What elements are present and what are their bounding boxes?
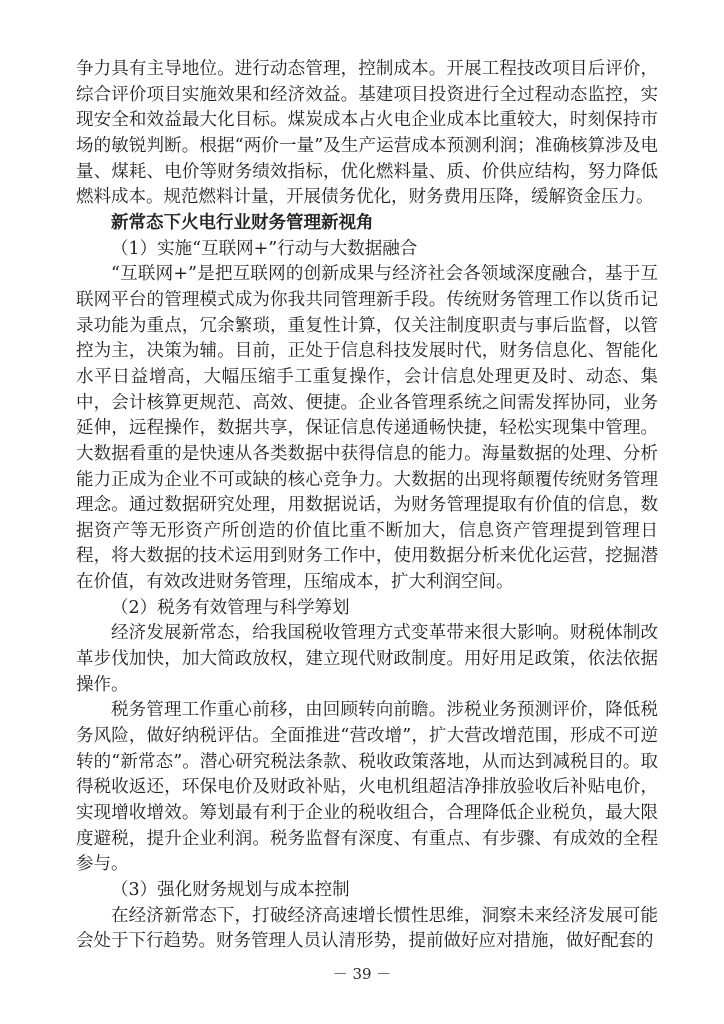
paragraph-cost-management: 争力具有主导地位。进行动态管理，控制成本。开展工程技改项目后评价，综合评价项目实… bbox=[76, 57, 658, 211]
paragraph-tax-reform: 经济发展新常态，给我国税收管理方式变革带来很大影响。财税体制改革步伐加快，加大简… bbox=[76, 621, 658, 698]
subsection-heading-tax: （2）税务有效管理与科学筹划 bbox=[76, 596, 658, 622]
paragraph-economic-trend: 在经济新常态下，打破经济高速增长惯性思维，洞察未来经济发展可能会处于下行趋势。财… bbox=[76, 904, 658, 955]
subsection-heading-planning: （3）强化财务规划与成本控制 bbox=[76, 878, 658, 904]
subsection-heading-internet: （1）实施“互联网+”行动与大数据融合 bbox=[76, 237, 658, 263]
section-heading: 新常态下火电行业财务管理新视角 bbox=[76, 211, 658, 237]
paragraph-internet-bigdata: “互联网+”是把互联网的创新成果与经济社会各领域深度融合，基于互联网平台的管理模… bbox=[76, 262, 658, 596]
page-number: － 39 － bbox=[0, 963, 724, 985]
paragraph-tax-management: 税务管理工作重心前移，由回顾转向前瞻。涉税业务预测评价，降低税务风险，做好纳税评… bbox=[76, 698, 658, 878]
document-page: 争力具有主导地位。进行动态管理，控制成本。开展工程技改项目后评价，综合评价项目实… bbox=[0, 0, 724, 1024]
page-content: 争力具有主导地位。进行动态管理，控制成本。开展工程技改项目后评价，综合评价项目实… bbox=[76, 57, 658, 955]
